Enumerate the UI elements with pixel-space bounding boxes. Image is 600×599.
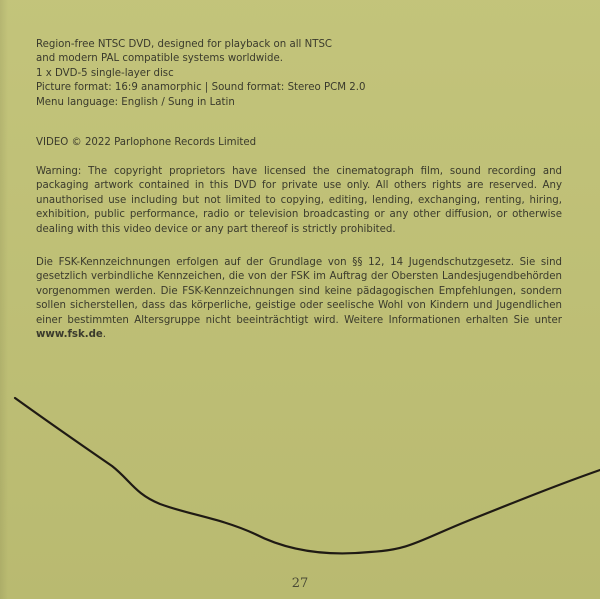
curve-line xyxy=(15,398,600,553)
page-number: 27 xyxy=(0,576,600,591)
decorative-curve xyxy=(0,0,600,599)
